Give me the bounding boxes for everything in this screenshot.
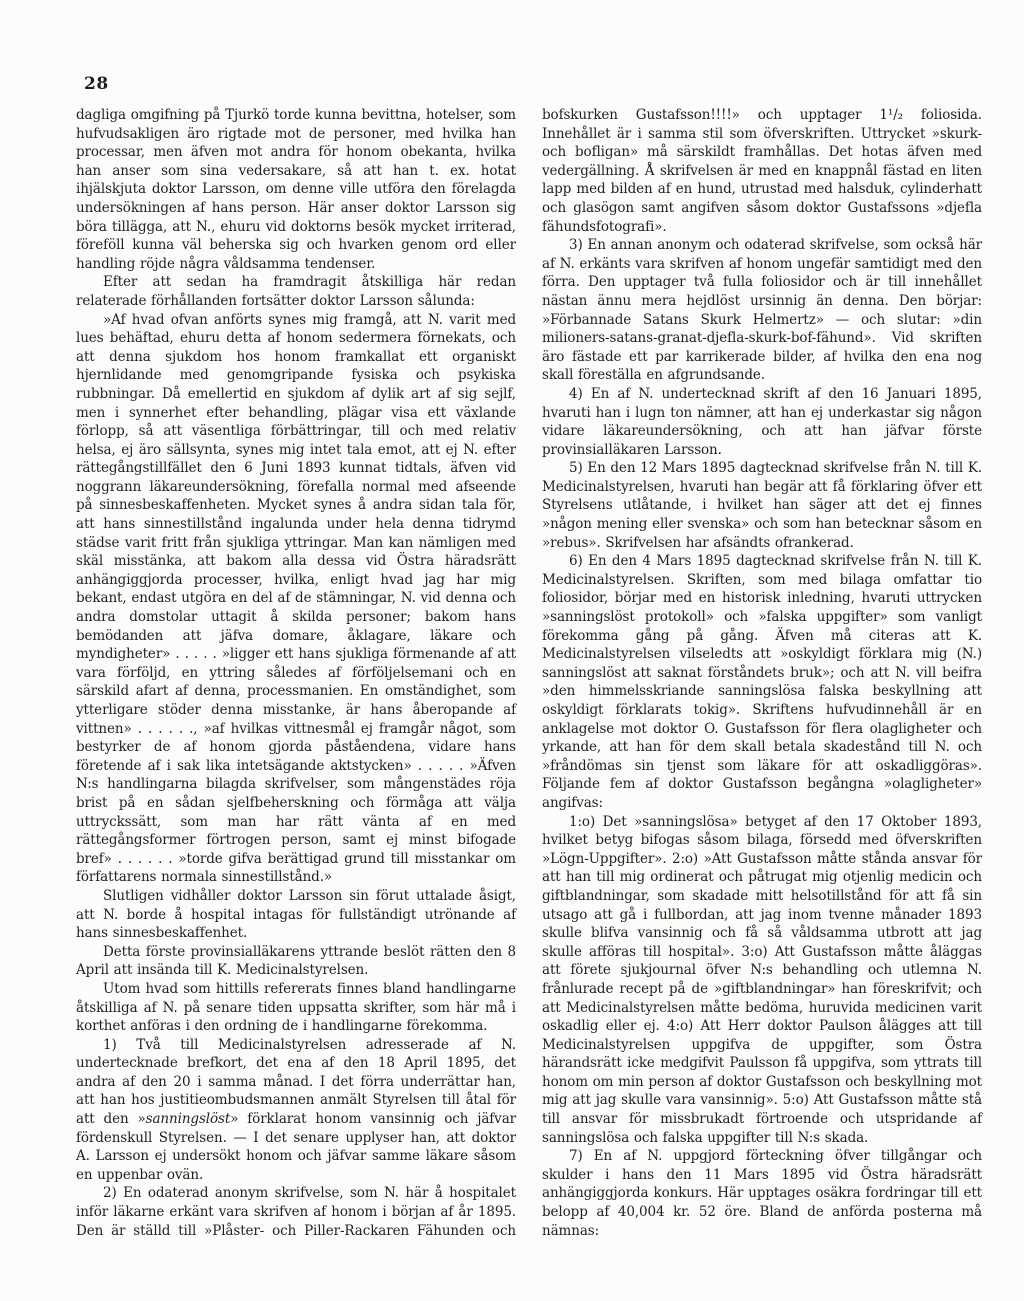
paragraph: Slutligen vidhåller doktor Larsson sin f…	[76, 887, 516, 943]
paragraph: Efter att sedan ha framdragit åtskilliga…	[76, 273, 516, 310]
paragraph: dagliga omgifning på Tjurkö torde kunna …	[76, 106, 516, 273]
paragraph: 1) Två till Medicinalstyrelsen adressera…	[76, 1036, 516, 1185]
paragraph: 5) En den 12 Mars 1895 dagtecknad skrifv…	[542, 459, 982, 552]
paragraph: »Af hvad ofvan anförts synes mig framgå,…	[76, 311, 516, 887]
paragraph: 2) En odaterad anonym skrifvelse, som N.…	[76, 1184, 516, 1240]
paragraph: Detta förste provinsialläkarens yttrande…	[76, 943, 516, 980]
right-column: bofskurken Gustafsson!!!!» och upptager …	[542, 106, 982, 1240]
paragraph: 7) En af N. uppgjord förteckning öfver t…	[542, 1147, 982, 1240]
paragraph: 4) En af N. undertecknad skrift af den 1…	[542, 385, 982, 459]
book-page: 28 dagliga omgifning på Tjurkö torde kun…	[0, 0, 1024, 1301]
paragraph: 1:o) Det »sanningslösa» betyget af den 1…	[542, 813, 982, 1148]
paragraph: 3) En annan anonym och odaterad skrifvel…	[542, 236, 982, 385]
text-columns: dagliga omgifning på Tjurkö torde kunna …	[76, 106, 982, 1240]
paragraph: 6) En den 4 Mars 1895 dagtecknad skrifve…	[542, 552, 982, 812]
paragraph: Utom hvad som hittills refererats finnes…	[76, 980, 516, 1036]
left-column: dagliga omgifning på Tjurkö torde kunna …	[76, 106, 516, 1240]
page-number: 28	[84, 74, 109, 94]
paragraph: bofskurken Gustafsson!!!!» och upptager …	[542, 106, 982, 236]
